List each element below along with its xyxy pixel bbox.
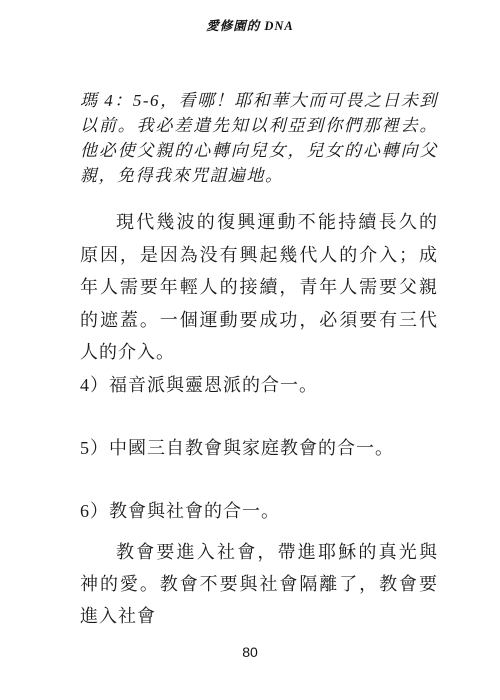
body-paragraph-church-society: 教會要進入社會，帶進耶穌的真光與神的愛。教會不要與社會隔離了，教會要進入社會 [80, 536, 438, 632]
numbered-list: 4）福音派與靈恩派的合一。 5）中國三自教會與家庭教會的合一。 6）教會與社會的… [80, 372, 438, 561]
page-number: 80 [0, 644, 500, 660]
book-page: 愛修園的 DNA 瑪 4：5-6，看哪！耶和華大而可畏之日未到以前。我必差遣先知… [0, 0, 500, 700]
list-item: 4）福音派與靈恩派的合一。 [80, 372, 438, 398]
list-item: 5）中國三自教會與家庭教會的合一。 [80, 435, 438, 461]
scripture-quote: 瑪 4：5-6，看哪！耶和華大而可畏之日未到以前。我必差遣先知以利亞到你們那裡去… [80, 88, 438, 188]
body-paragraph-revival: 現代幾波的復興運動不能持續長久的原因，是因為没有興起幾代人的介入；成年人需要年輕… [80, 206, 438, 369]
running-header: 愛修園的 DNA [0, 16, 500, 34]
list-item: 6）教會與社會的合一。 [80, 498, 438, 524]
